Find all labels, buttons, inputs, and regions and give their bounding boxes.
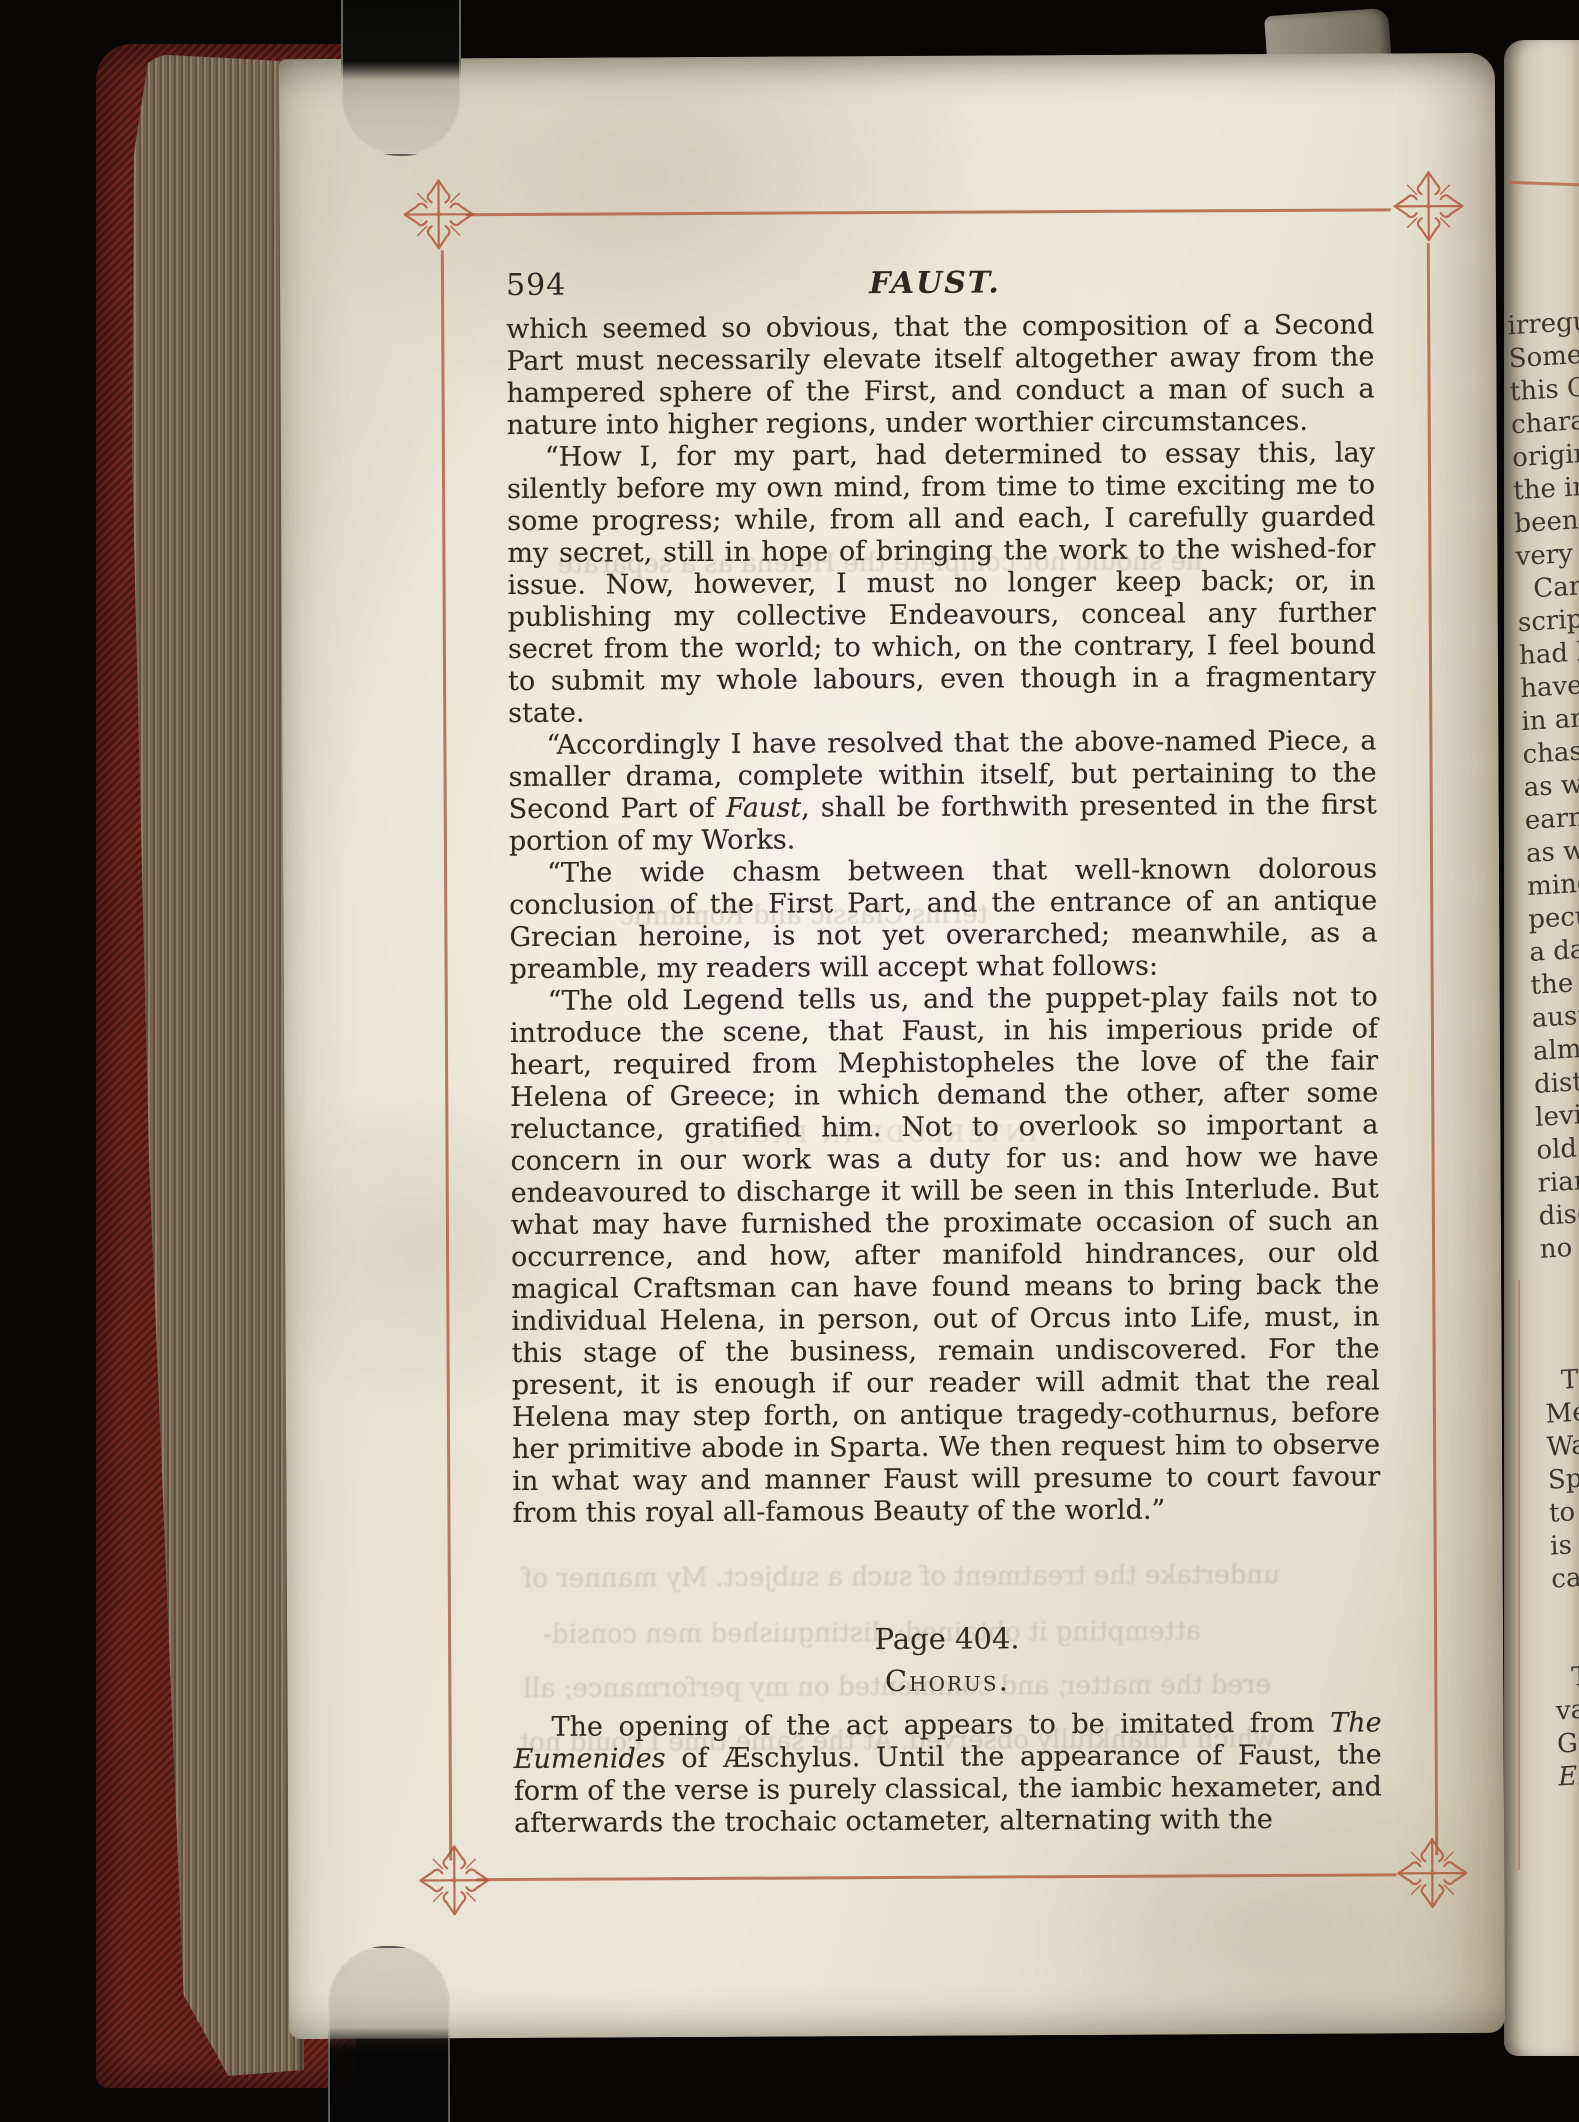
sliver-line: vari [1555, 1692, 1579, 1728]
sliver-line: a dash of [1529, 930, 1579, 970]
sliver-line: to tor [1549, 1493, 1579, 1530]
sliver-line: discours [1538, 1194, 1579, 1234]
paragraph: “Accordingly I have resolved that the ab… [508, 725, 1377, 858]
sliver-line: levity, be [1535, 1095, 1579, 1135]
running-title: FAUST. [506, 264, 1364, 303]
corner-cross-ornament-bottom-left [409, 1835, 499, 1925]
sliver-line: Ele [1558, 1759, 1579, 1795]
sliver-line: Mephis [1545, 1393, 1579, 1432]
frame-rule-top [466, 208, 1391, 216]
corner-cross-ornament-top-right [1383, 161, 1473, 251]
paragraph: “The wide chasm between that well-known … [509, 853, 1378, 986]
sliver-line: Carlyle, [1516, 567, 1579, 607]
sliver-line: almost fe [1532, 1029, 1579, 1069]
sliver-left-rule [1518, 1280, 1520, 1870]
sliver-line: distance [1534, 1062, 1579, 1102]
show-through-text-layer: he should not complete the Helena as a s… [279, 53, 1495, 59]
sliver-line: austerity [1531, 996, 1579, 1036]
sliver-line: old grav [1536, 1128, 1579, 1168]
sliver-line: The [1544, 1362, 1579, 1399]
sliver-top-rule [1508, 181, 1579, 186]
sliver-line: Th [1554, 1660, 1579, 1696]
frame-rule-bottom [476, 1873, 1396, 1881]
paragraph: The opening of the act appears to be imi… [513, 1707, 1382, 1840]
book-page: he should not complete the Helena as a s… [279, 53, 1505, 2039]
sliver-line: in any m [1521, 699, 1579, 739]
sliver-line: cannc [1551, 1559, 1579, 1597]
paragraph: “The old Legend tells us, and the puppet… [510, 981, 1381, 1530]
corner-cross-ornament-bottom-right [1387, 1828, 1477, 1918]
section-page-reference: Page 404. [513, 1619, 1381, 1658]
section-heading-chorus: Chorus. [513, 1661, 1381, 1700]
body-text-upper: which seemed so obvious, that the compos… [506, 309, 1380, 1530]
sliver-line: no man [1539, 1228, 1579, 1267]
sliver-line: irregular y [1507, 302, 1579, 344]
next-page-sliver: irregular ySome featuthis Chorucharacter… [1504, 40, 1579, 2056]
sliver-text-column: irregular ySome featuthis Chorucharacter… [1507, 306, 1579, 311]
ghost-line: undertake the treatment of such a subjec… [523, 1560, 1280, 1594]
page-header: 594 FAUST. [506, 263, 1374, 308]
sliver-line: rian cos [1537, 1162, 1579, 1201]
paragraph: which seemed so obvious, that the compos… [506, 309, 1375, 442]
sliver-line: minds, at [1527, 864, 1579, 904]
frame-rule-right [1427, 243, 1438, 1855]
cradle-clamp-top [341, 0, 461, 156]
sliver-line: Spirit [1547, 1460, 1579, 1497]
body-text-lower: The opening of the act appears to be imi… [513, 1707, 1382, 1840]
sliver-line: Gre [1557, 1726, 1579, 1762]
sliver-line: as we ha [1523, 765, 1579, 805]
paragraph: “How I, for my part, had determined to e… [507, 437, 1376, 730]
cradle-clamp-bottom [328, 1946, 450, 2122]
frame-rule-left [441, 250, 452, 1860]
corner-cross-ornament-top-left [393, 169, 483, 259]
book-photo-stage: irregular ySome featuthis Chorucharacter… [0, 0, 1579, 2122]
sliver-line: Walpu [1546, 1427, 1579, 1465]
sliver-line: is a [1550, 1528, 1579, 1564]
